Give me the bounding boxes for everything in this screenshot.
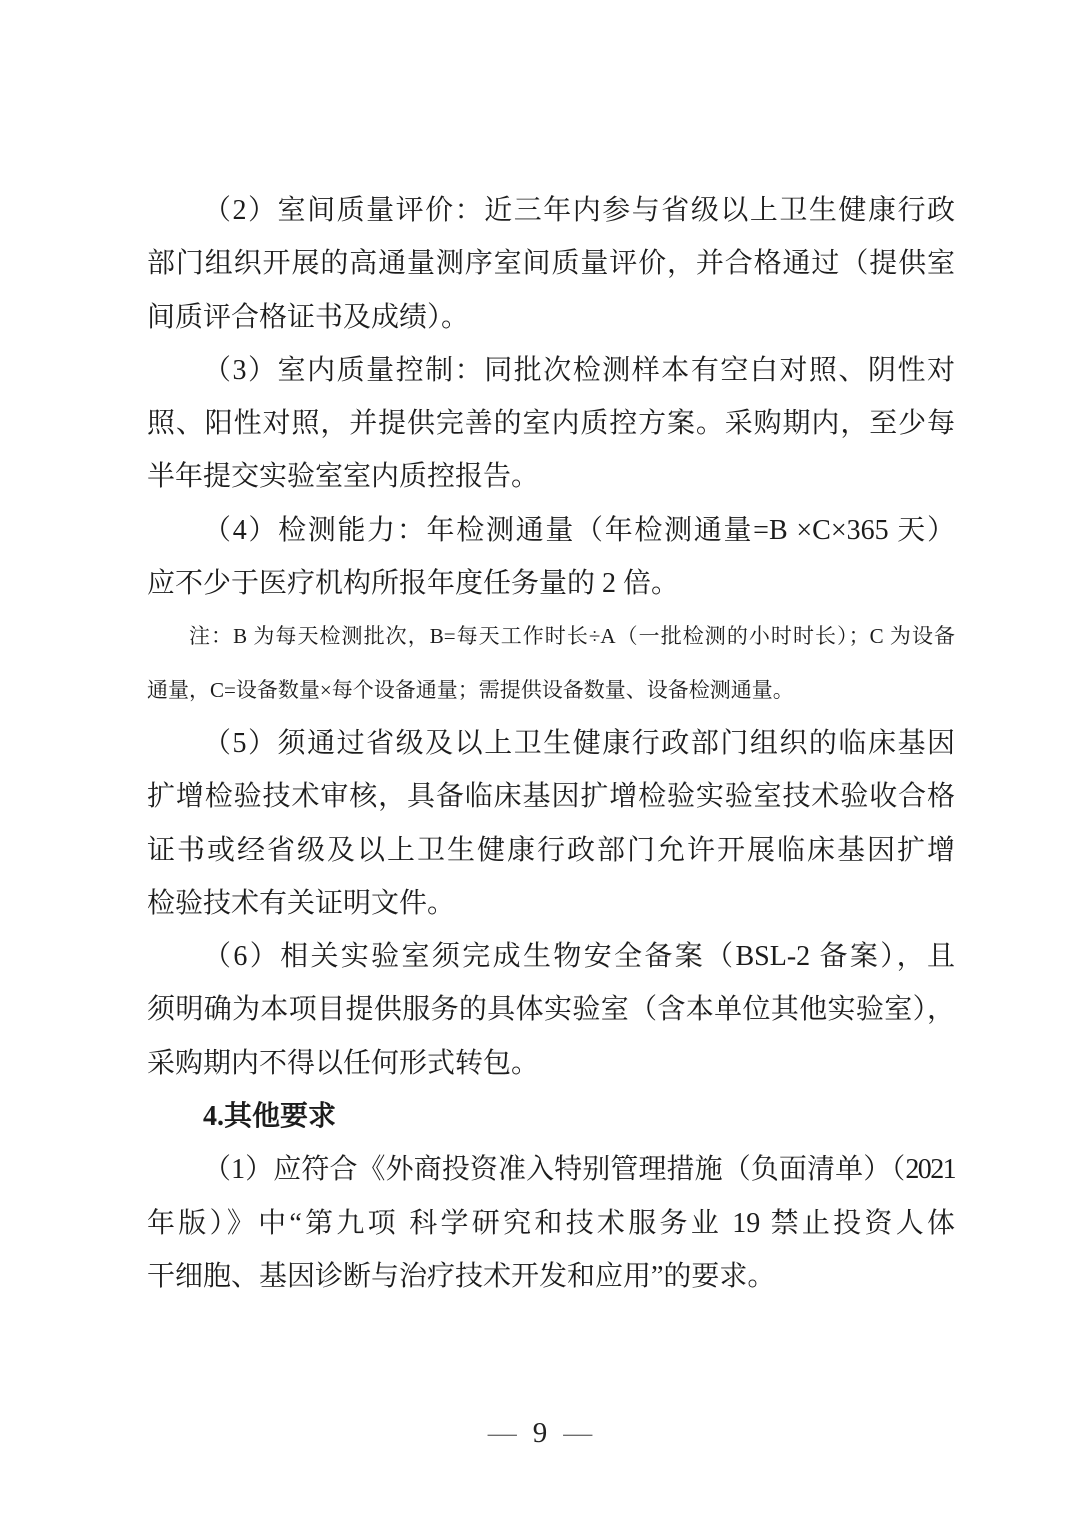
text-line: （1）应符合《外商投资准入特别管理措施（负面清单）（2021 — [147, 1143, 955, 1196]
text-line: 采购期内不得以任何形式转包。 — [147, 1037, 955, 1090]
text-line: 须明确为本项目提供服务的具体实验室（含本单位其他实验室）， — [147, 983, 955, 1036]
paragraph-item-1: （1）应符合《外商投资准入特别管理措施（负面清单）（2021 年版）》中“第九项… — [147, 1143, 955, 1303]
text-line: （3）室内质量控制：同批次检测样本有空白对照、阴性对 — [147, 344, 955, 397]
note-line: 注：B 为每天检测批次，B=每天工作时长÷A（一批检测的小时时长）；C 为设备 — [147, 610, 955, 663]
text-line: 干细胞、基因诊断与治疗技术开发和应用”的要求。 — [147, 1250, 955, 1303]
text-line: （2）室间质量评价：近三年内参与省级以上卫生健康行政 — [147, 184, 955, 237]
paragraph-item-3: （3）室内质量控制：同批次检测样本有空白对照、阴性对 照、阳性对照，并提供完善的… — [147, 344, 955, 504]
text-line: 照、阳性对照，并提供完善的室内质控方案。采购期内，至少每 — [147, 397, 955, 450]
text-line: 部门组织开展的高通量测序室间质量评价，并合格通过（提供室 — [147, 237, 955, 290]
text-line: （5）须通过省级及以上卫生健康行政部门组织的临床基因 — [147, 717, 955, 770]
footer-left-dash: — — [488, 1416, 517, 1450]
document-body: （2）室间质量评价：近三年内参与省级以上卫生健康行政 部门组织开展的高通量测序室… — [147, 184, 955, 1303]
page-number: 9 — [533, 1416, 548, 1450]
paragraph-item-5: （5）须通过省级及以上卫生健康行政部门组织的临床基因 扩增检验技术审核，具备临床… — [147, 717, 955, 930]
paragraph-item-6: （6）相关实验室须完成生物安全备案（BSL-2 备案），且 须明确为本项目提供服… — [147, 930, 955, 1090]
text-line: 间质评合格证书及成绩）。 — [147, 291, 955, 344]
page-footer: — 9 — — [0, 1416, 1080, 1450]
text-line: （4）检测能力：年检测通量（年检测通量=B ×C×365 天） — [147, 504, 955, 557]
text-line: （6）相关实验室须完成生物安全备案（BSL-2 备案），且 — [147, 930, 955, 983]
document-page: （2）室间质量评价：近三年内参与省级以上卫生健康行政 部门组织开展的高通量测序室… — [0, 0, 1080, 1527]
text-line: 扩增检验技术审核，具备临床基因扩增检验实验室技术验收合格 — [147, 770, 955, 823]
footer-right-dash: — — [563, 1416, 592, 1450]
paragraph-item-4: （4）检测能力：年检测通量（年检测通量=B ×C×365 天） 应不少于医疗机构… — [147, 504, 955, 611]
text-line: 半年提交实验室室内质控报告。 — [147, 450, 955, 503]
paragraph-note: 注：B 为每天检测批次，B=每天工作时长÷A（一批检测的小时时长）；C 为设备 … — [147, 610, 955, 717]
text-line: 应不少于医疗机构所报年度任务量的 2 倍。 — [147, 557, 955, 610]
section-heading-other-requirements: 4.其他要求 — [147, 1090, 955, 1143]
text-line: 证书或经省级及以上卫生健康行政部门允许开展临床基因扩增 — [147, 824, 955, 877]
text-line: 检验技术有关证明文件。 — [147, 877, 955, 930]
note-line: 通量，C=设备数量×每个设备通量；需提供设备数量、设备检测通量。 — [147, 664, 955, 717]
text-line: 年版）》中“第九项 科学研究和技术服务业 19 禁止投资人体 — [147, 1197, 955, 1250]
paragraph-item-2: （2）室间质量评价：近三年内参与省级以上卫生健康行政 部门组织开展的高通量测序室… — [147, 184, 955, 344]
